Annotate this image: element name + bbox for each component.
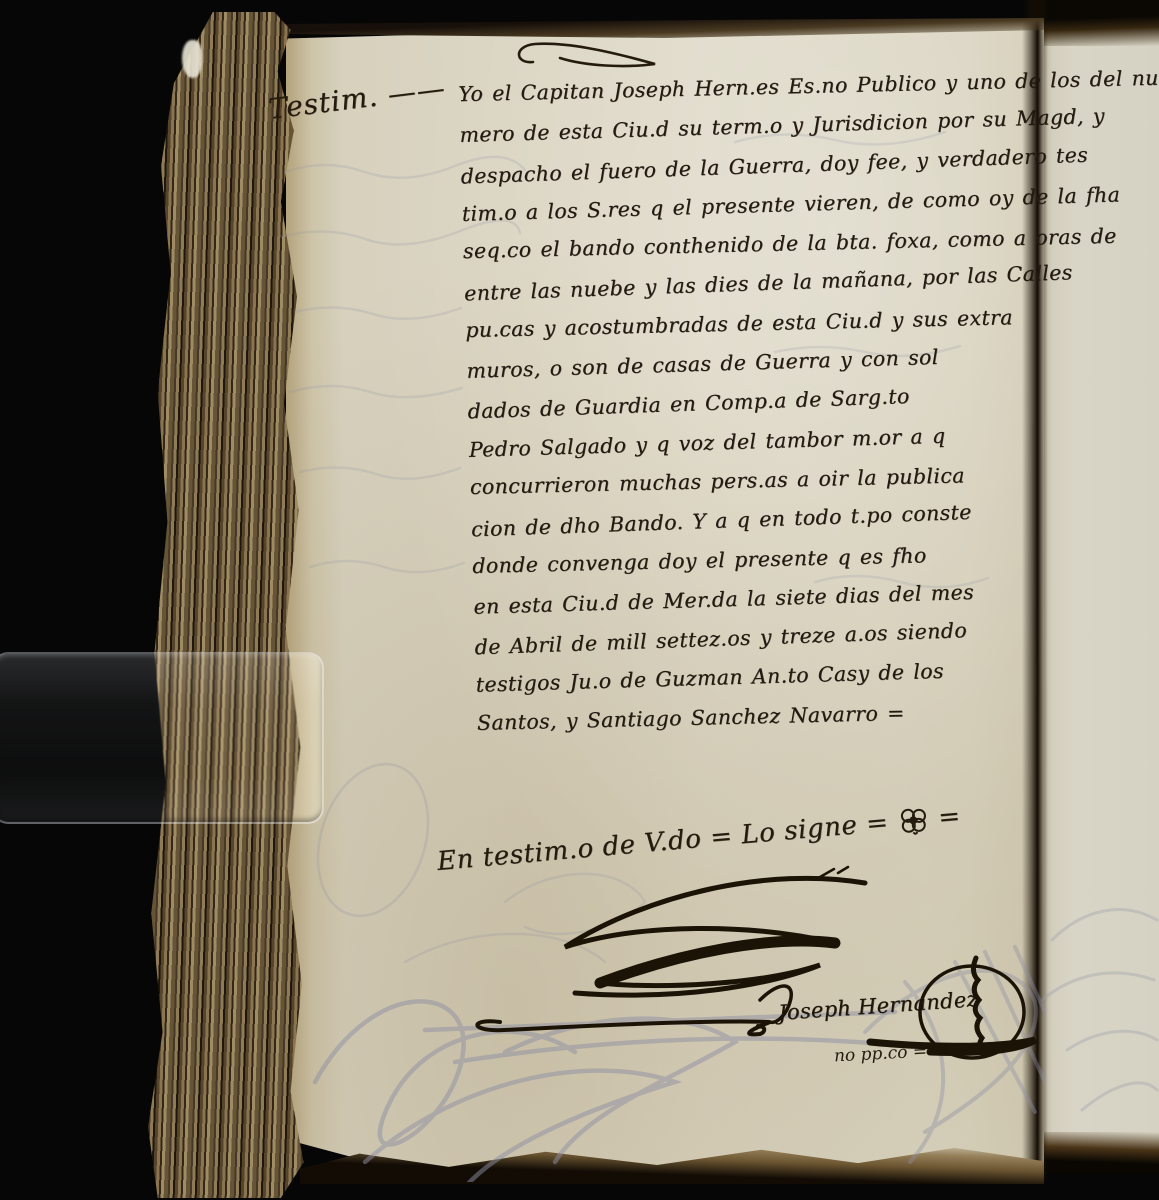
- photo-background: Testim. —— Yo el Capitan Joseph Hern.es …: [0, 0, 1159, 1200]
- attestation-suffix: =: [937, 801, 962, 833]
- notarial-seal-icon: [895, 804, 931, 837]
- spine-edge: [148, 12, 310, 1198]
- body-text: Yo el Capitan Joseph Hern.es Es.no Publi…: [458, 66, 1070, 751]
- glass-strip: [0, 652, 324, 824]
- torn-patch: [182, 40, 202, 78]
